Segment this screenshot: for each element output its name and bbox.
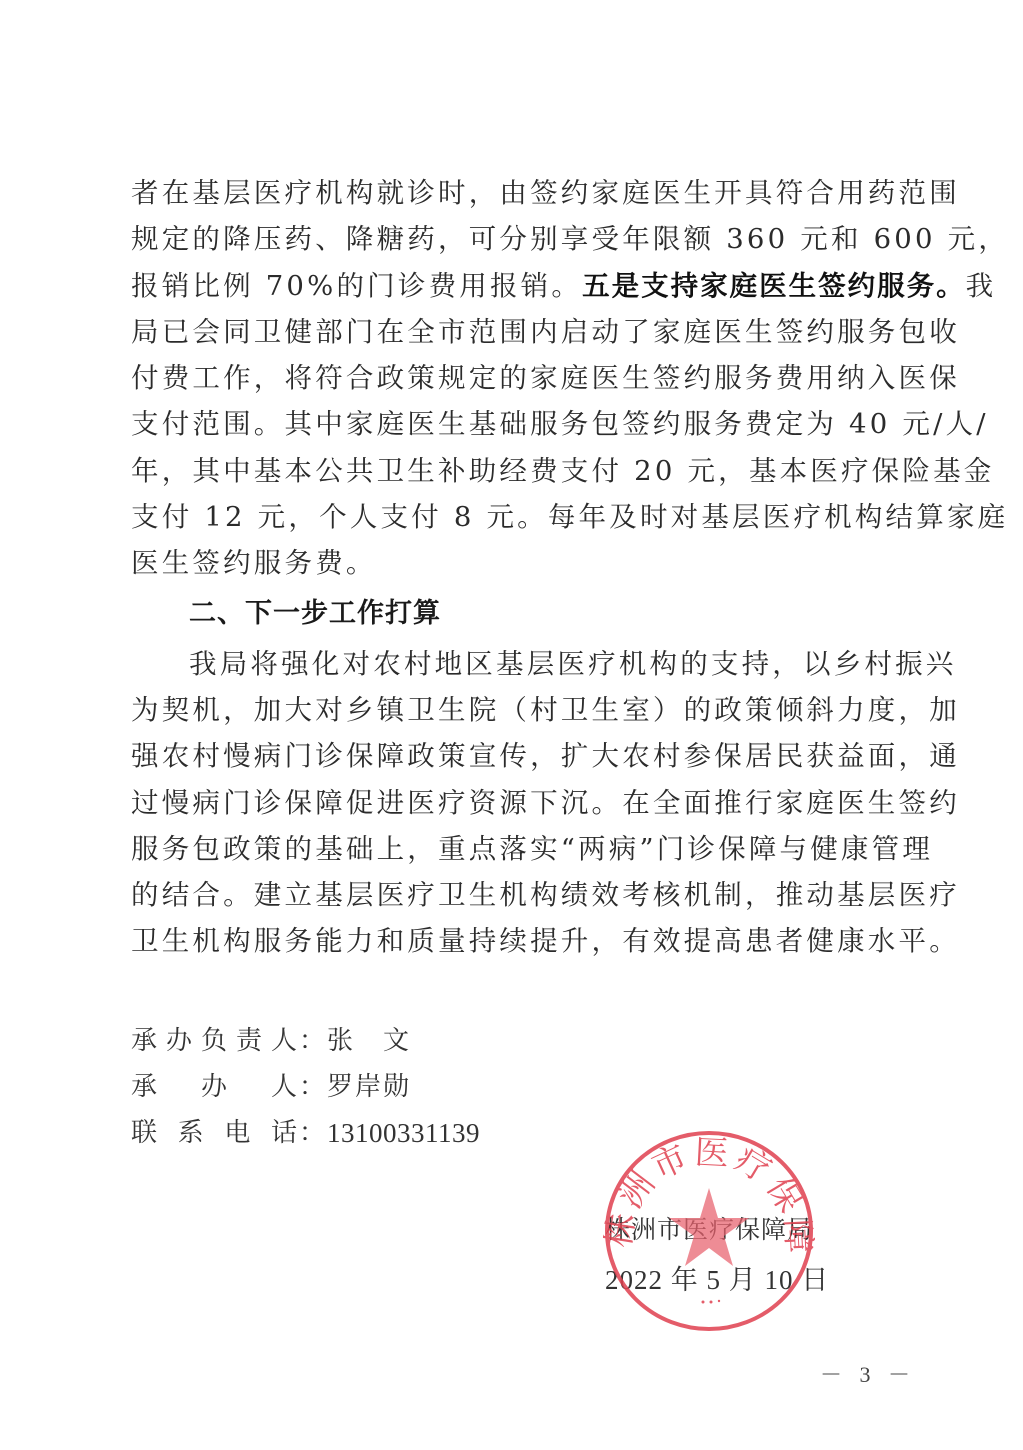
paragraph-line-mixed: 报销比例 70%的门诊费用报销。五是支持家庭医生签约服务。我 bbox=[131, 263, 873, 309]
paragraph-text: 我 bbox=[966, 270, 997, 302]
section-heading: 二、下一步工作打算 bbox=[131, 587, 873, 641]
contact-row-handler: 承办人：罗岸勋 bbox=[131, 1064, 480, 1110]
paragraph-line: 支付范围。其中家庭医生基础服务包签约服务费定为 40 元/人/ bbox=[131, 401, 873, 447]
issue-date: 2022 年 5 月 10 日 bbox=[605, 1255, 829, 1305]
paragraph-line: 卫生机构服务能力和质量持续提升，有效提高患者健康水平。 bbox=[131, 918, 873, 964]
contact-value: 罗岸勋 bbox=[327, 1064, 411, 1110]
page-number: － 3 － bbox=[820, 1358, 916, 1389]
issuing-organization: 株洲市医疗保障局 bbox=[605, 1205, 829, 1255]
contact-row-phone: 联系电话：13100331139 bbox=[131, 1110, 480, 1156]
paragraph-line: 我局将强化对农村地区基层医疗机构的支持，以乡村振兴 bbox=[131, 641, 873, 687]
colon: ： bbox=[299, 1064, 327, 1110]
signature-block: 株洲市医疗保障局 2022 年 5 月 10 日 bbox=[605, 1205, 829, 1305]
contact-label: 承办负责人 bbox=[131, 1018, 299, 1064]
paragraph-line: 服务包政策的基础上，重点落实“两病”门诊保障与健康管理 bbox=[131, 826, 873, 872]
paragraph-line: 支付 12 元，个人支付 8 元。每年及时对基层医疗机构结算家庭 bbox=[131, 494, 873, 540]
contact-value: 张 文 bbox=[327, 1018, 411, 1064]
bold-point-five: 五是支持家庭医生签约服务。 bbox=[582, 270, 966, 302]
document-page: 者在基层医疗机构就诊时，由签约家庭医生开具符合用药范围 规定的降压药、降糖药，可… bbox=[0, 0, 1023, 1450]
colon: ： bbox=[299, 1018, 327, 1064]
colon: ： bbox=[299, 1110, 327, 1156]
paragraph-line: 为契机，加大对乡镇卫生院（村卫生室）的政策倾斜力度，加 bbox=[131, 687, 873, 733]
document-body: 者在基层医疗机构就诊时，由签约家庭医生开具符合用药范围 规定的降压药、降糖药，可… bbox=[131, 170, 873, 965]
paragraph-line: 局已会同卫健部门在全市范围内启动了家庭医生签约服务包收 bbox=[131, 309, 873, 355]
paragraph-line: 医生签约服务费。 bbox=[131, 540, 873, 586]
paragraph-line: 者在基层医疗机构就诊时，由签约家庭医生开具符合用药范围 bbox=[131, 170, 873, 216]
contact-label: 联系电话 bbox=[131, 1110, 299, 1156]
contact-row-responsible: 承办负责人：张 文 bbox=[131, 1018, 480, 1064]
paragraph-line: 付费工作，将符合政策规定的家庭医生签约服务费用纳入医保 bbox=[131, 355, 873, 401]
paragraph-line: 强农村慢病门诊保障政策宣传，扩大农村参保居民获益面，通 bbox=[131, 733, 873, 779]
contact-block: 承办负责人：张 文 承办人：罗岸勋 联系电话：13100331139 bbox=[131, 1018, 480, 1156]
paragraph-line: 的结合。建立基层医疗卫生机构绩效考核机制，推动基层医疗 bbox=[131, 872, 873, 918]
paragraph-text: 报销比例 70%的门诊费用报销。 bbox=[131, 270, 582, 302]
paragraph-line: 年，其中基本公共卫生补助经费支付 20 元，基本医疗保险基金 bbox=[131, 448, 873, 494]
contact-phone: 13100331139 bbox=[327, 1110, 480, 1156]
contact-label: 承办人 bbox=[131, 1064, 299, 1110]
paragraph-line: 规定的降压药、降糖药，可分别享受年限额 360 元和 600 元， bbox=[131, 216, 873, 262]
paragraph-line: 过慢病门诊保障促进医疗资源下沉。在全面推行家庭医生签约 bbox=[131, 780, 873, 826]
